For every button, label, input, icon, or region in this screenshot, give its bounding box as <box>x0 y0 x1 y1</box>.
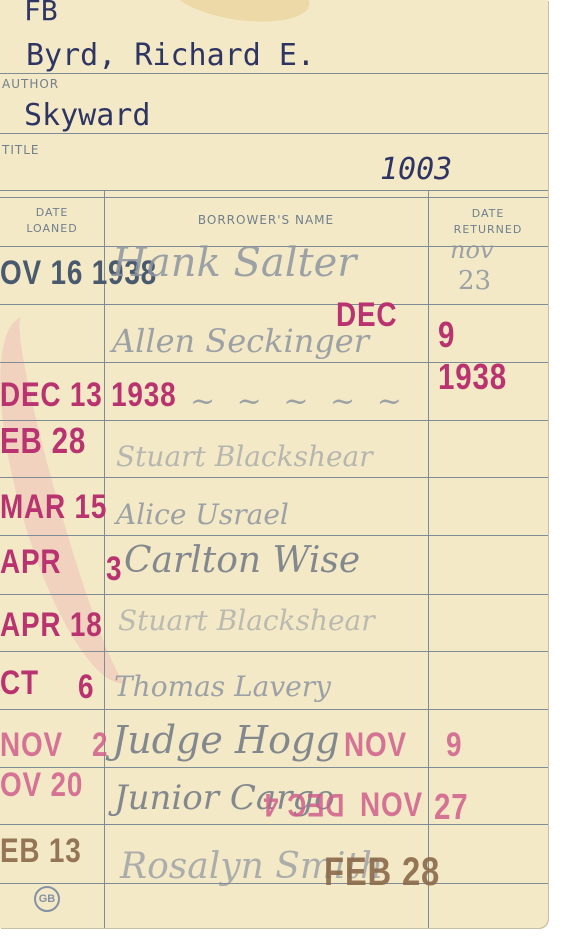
stamp-date-returned-day: 9 <box>446 726 462 765</box>
stamp-date-returned-month: NOV <box>360 786 423 825</box>
stamp-date-loaned: MAR 15 <box>0 488 107 527</box>
title-value: Skyward <box>24 98 150 133</box>
stamp-date-loaned: EB 13 <box>0 832 82 871</box>
handwritten-date-returned-day: 23 <box>458 266 491 296</box>
borrower-signature: Stuart Blackshear <box>116 440 373 473</box>
stamp-date-returned-month: DEC <box>336 296 397 335</box>
stamp-date-loaned-day: 3 <box>106 550 122 589</box>
row-line <box>0 594 548 595</box>
row-line <box>0 709 548 710</box>
borrower-signature: ~ ~ ~ ~ ~ <box>190 384 408 419</box>
stamp-date-loaned: EB 28 <box>0 420 86 462</box>
stamp-date-loaned-month: APR <box>0 543 61 582</box>
author-line <box>0 73 548 74</box>
header-date-returned: DATE RETURNED <box>428 206 548 238</box>
stamp-date-returned-day: 27 <box>434 786 468 828</box>
header-borrower-name: BORROWER'S NAME <box>104 212 428 228</box>
handwritten-date-returned: nov <box>450 236 493 264</box>
stamp-date-loaned-day: 2 <box>92 726 108 765</box>
row-line <box>0 651 548 652</box>
stamp-inverted-date: DEC 4 <box>263 786 344 823</box>
borrower-signature: Alice Usrael <box>116 498 289 531</box>
title-line <box>0 133 548 134</box>
stamp-date-returned: 9 1938 <box>438 314 528 398</box>
stamp-date-returned-month: NOV <box>344 726 407 765</box>
stamp-date-loaned: OV 20 <box>0 766 83 805</box>
table-top-line-2 <box>0 197 548 198</box>
column-divider-1 <box>104 190 105 928</box>
header-date-loaned: DATE LOANED <box>0 205 104 237</box>
row-line <box>0 477 548 478</box>
borrower-signature: Carlton Wise <box>124 540 360 581</box>
stamp-date-loaned: DEC 13 1938 <box>0 376 176 415</box>
borrower-signature: Judge Hogg <box>112 718 340 762</box>
library-book-card: FB Byrd, Richard E. AUTHOR Skyward TITLE… <box>0 0 548 928</box>
header-date-loaned-line2: LOANED <box>0 221 104 237</box>
row-line <box>0 304 548 305</box>
table-top-line <box>0 190 548 191</box>
borrower-signature: Thomas Lavery <box>114 670 331 703</box>
call-mark: FB <box>24 0 58 27</box>
stamp-date-returned: FEB 28 <box>324 850 440 895</box>
header-date-loaned-line1: DATE <box>0 205 104 221</box>
borrower-signature: Hank Salter <box>112 240 356 286</box>
stamp-date-loaned-day: 6 <box>78 668 94 707</box>
author-label: AUTHOR <box>2 77 59 91</box>
row-line <box>0 535 548 536</box>
stamp-date-loaned-month: NOV <box>0 726 63 765</box>
stamp-date-loaned: APR 18 <box>0 606 103 645</box>
title-label: TITLE <box>2 143 39 157</box>
header-date-returned-line1: DATE <box>428 206 548 222</box>
accession-number: 1003 <box>380 152 452 187</box>
author-value: Byrd, Richard E. <box>26 38 315 73</box>
borrower-signature: Stuart Blackshear <box>118 604 375 637</box>
borrower-signature: Allen Seckinger <box>112 322 369 360</box>
manufacturer-logo-icon: GB <box>34 886 60 912</box>
column-divider-2 <box>428 190 429 928</box>
stamp-date-loaned-month: CT <box>0 664 39 703</box>
